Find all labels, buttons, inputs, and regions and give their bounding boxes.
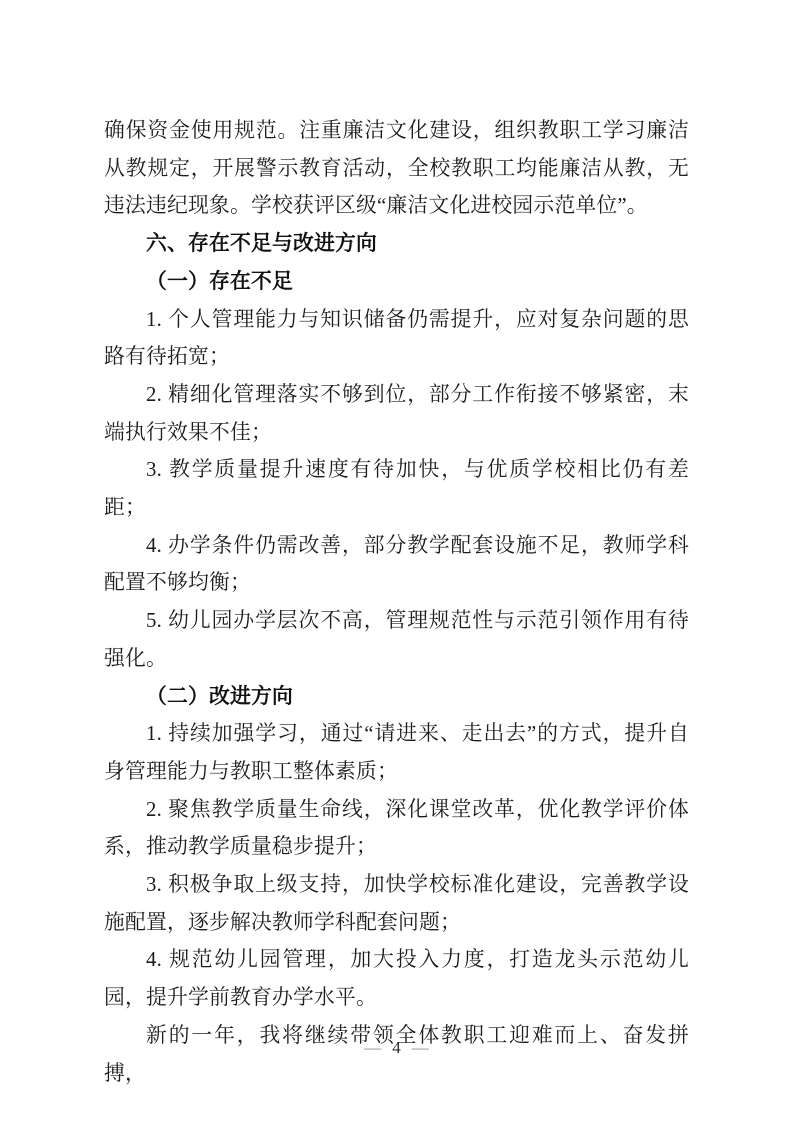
document-content: 确保资金使用规范。注重廉洁文化建设，组织教职工学习廉洁从教规定，开展警示教育活动… [104,112,689,1092]
paragraph: 1. 持续加强学习，通过“请进来、走出去”的方式，提升自身管理能力与教职工整体素… [104,715,689,790]
section-heading: 六、存在不足与改进方向 [104,225,689,263]
document-page: 确保资金使用规范。注重廉洁文化建设，组织教职工学习廉洁从教规定，开展警示教育活动… [0,0,793,1122]
paragraph: 4. 规范幼儿园管理，加大投入力度，打造龙头示范幼儿园，提升学前教育办学水平。 [104,941,689,1016]
footer-dash-right: — [412,1038,429,1057]
paragraph: 5. 幼儿园办学层次不高，管理规范性与示范引领作用有待强化。 [104,602,689,677]
paragraph: 1. 个人管理能力与知识储备仍需提升，应对复杂问题的思路有待拓宽； [104,301,689,376]
paragraph: 4. 办学条件仍需改善，部分教学配套设施不足，教师学科配置不够均衡； [104,527,689,602]
page-number: 4 [392,1036,401,1060]
paragraph: 3. 积极争取上级支持，加快学校标准化建设，完善教学设施配置，逐步解决教师学科配… [104,866,689,941]
paragraph: 确保资金使用规范。注重廉洁文化建设，组织教职工学习廉洁从教规定，开展警示教育活动… [104,112,689,225]
section-heading: （一）存在不足 [104,263,689,301]
paragraph: 3. 教学质量提升速度有待加快，与优质学校相比仍有差距； [104,451,689,526]
page-footer: —4— [0,1036,793,1060]
footer-dash-left: — [364,1038,381,1057]
section-heading: （二）改进方向 [104,678,689,716]
paragraph: 2. 精细化管理落实不够到位，部分工作衔接不够紧密，末端执行效果不佳； [104,376,689,451]
paragraph: 2. 聚焦教学质量生命线，深化课堂改革，优化教学评价体系，推动教学质量稳步提升； [104,791,689,866]
